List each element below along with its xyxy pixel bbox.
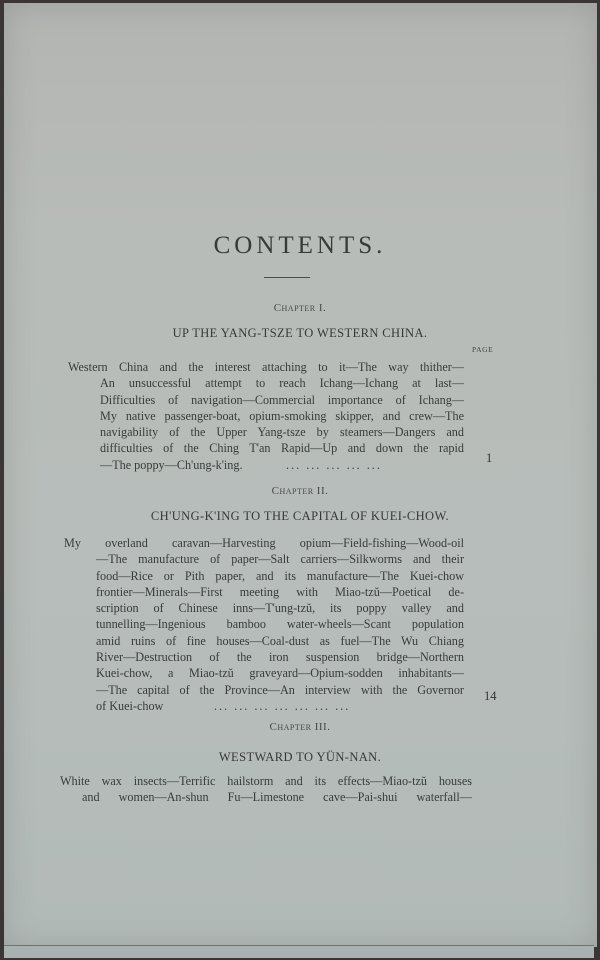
page-edge [4,945,594,958]
chapter-3-label: Chapter III. [0,721,600,733]
page-column-header: PAGE [472,345,493,354]
summary-line: difficulties of the Ching T'an Rapid—Up … [68,440,464,456]
summary-line: navigability of the Upper Yang-tsze by s… [68,424,464,440]
chapter-2-title: CH'UNG-K'ING TO THE CAPITAL OF KUEI-CHOW… [0,509,600,524]
chapter-1-summary: Western China and the interest attaching… [68,359,464,473]
summary-line: River—Destruction of the iron suspension… [64,649,464,665]
summary-line: Kuei-chow, a Miao-tzŭ graveyard—Opium-so… [64,665,464,681]
dot-leader: ... ... ... ... ... [286,457,382,473]
summary-line: food—Rice or Pith paper, and its manufac… [64,568,464,584]
summary-line: My overland caravan—Harvesting opium—Fie… [64,535,464,551]
chapter-1-title: UP THE YANG-TSZE TO WESTERN CHINA. [0,326,600,341]
summary-line: —The manufacture of paper—Salt carriers—… [64,551,464,567]
chapter-1-label: Chapter I. [0,302,600,314]
summary-line: tunnelling—Ingenious bamboo water-wheels… [64,616,464,632]
summary-line: An unsuccessful attempt to reach Ichang—… [68,375,464,391]
chapter-1-page-number: 1 [486,451,492,466]
summary-line: White wax insects—Terrific hailstorm and… [60,773,472,789]
summary-text: —The poppy—Ch'ung-k'ing. [100,458,243,472]
chapter-3-summary: White wax insects—Terrific hailstorm and… [60,773,472,806]
dot-leader: ... ... ... ... ... ... ... [214,698,350,714]
summary-line-last: —The poppy—Ch'ung-k'ing. ... ... ... ...… [68,457,464,473]
chapter-2-summary: My overland caravan—Harvesting opium—Fie… [64,535,464,714]
summary-line: amid ruins of fine houses—Coal-dust as f… [64,633,464,649]
summary-line: frontier—Minerals—First meeting with Mia… [64,584,464,600]
summary-line: Western China and the interest attaching… [68,359,464,375]
page-title: CONTENTS. [0,232,600,260]
summary-text: of Kuei-chow [96,699,163,713]
summary-line: scription of Chinese inns—T'ung-tzŭ, its… [64,600,464,616]
summary-line: Difficulties of navigation—Commercial im… [68,392,464,408]
summary-line-last: of Kuei-chow ... ... ... ... ... ... ... [64,698,464,714]
chapter-2-label: Chapter II. [0,485,600,497]
chapter-2-page-number: 14 [484,689,497,704]
summary-line: and women—An-shun Fu—Limestone cave—Pai-… [60,789,472,805]
summary-line: My native passenger-boat, opium-smoking … [68,408,464,424]
summary-line: —The capital of the Province—An intervie… [64,682,464,698]
title-rule [264,277,310,278]
chapter-3-title: WESTWARD TO YÜN-NAN. [0,750,600,765]
